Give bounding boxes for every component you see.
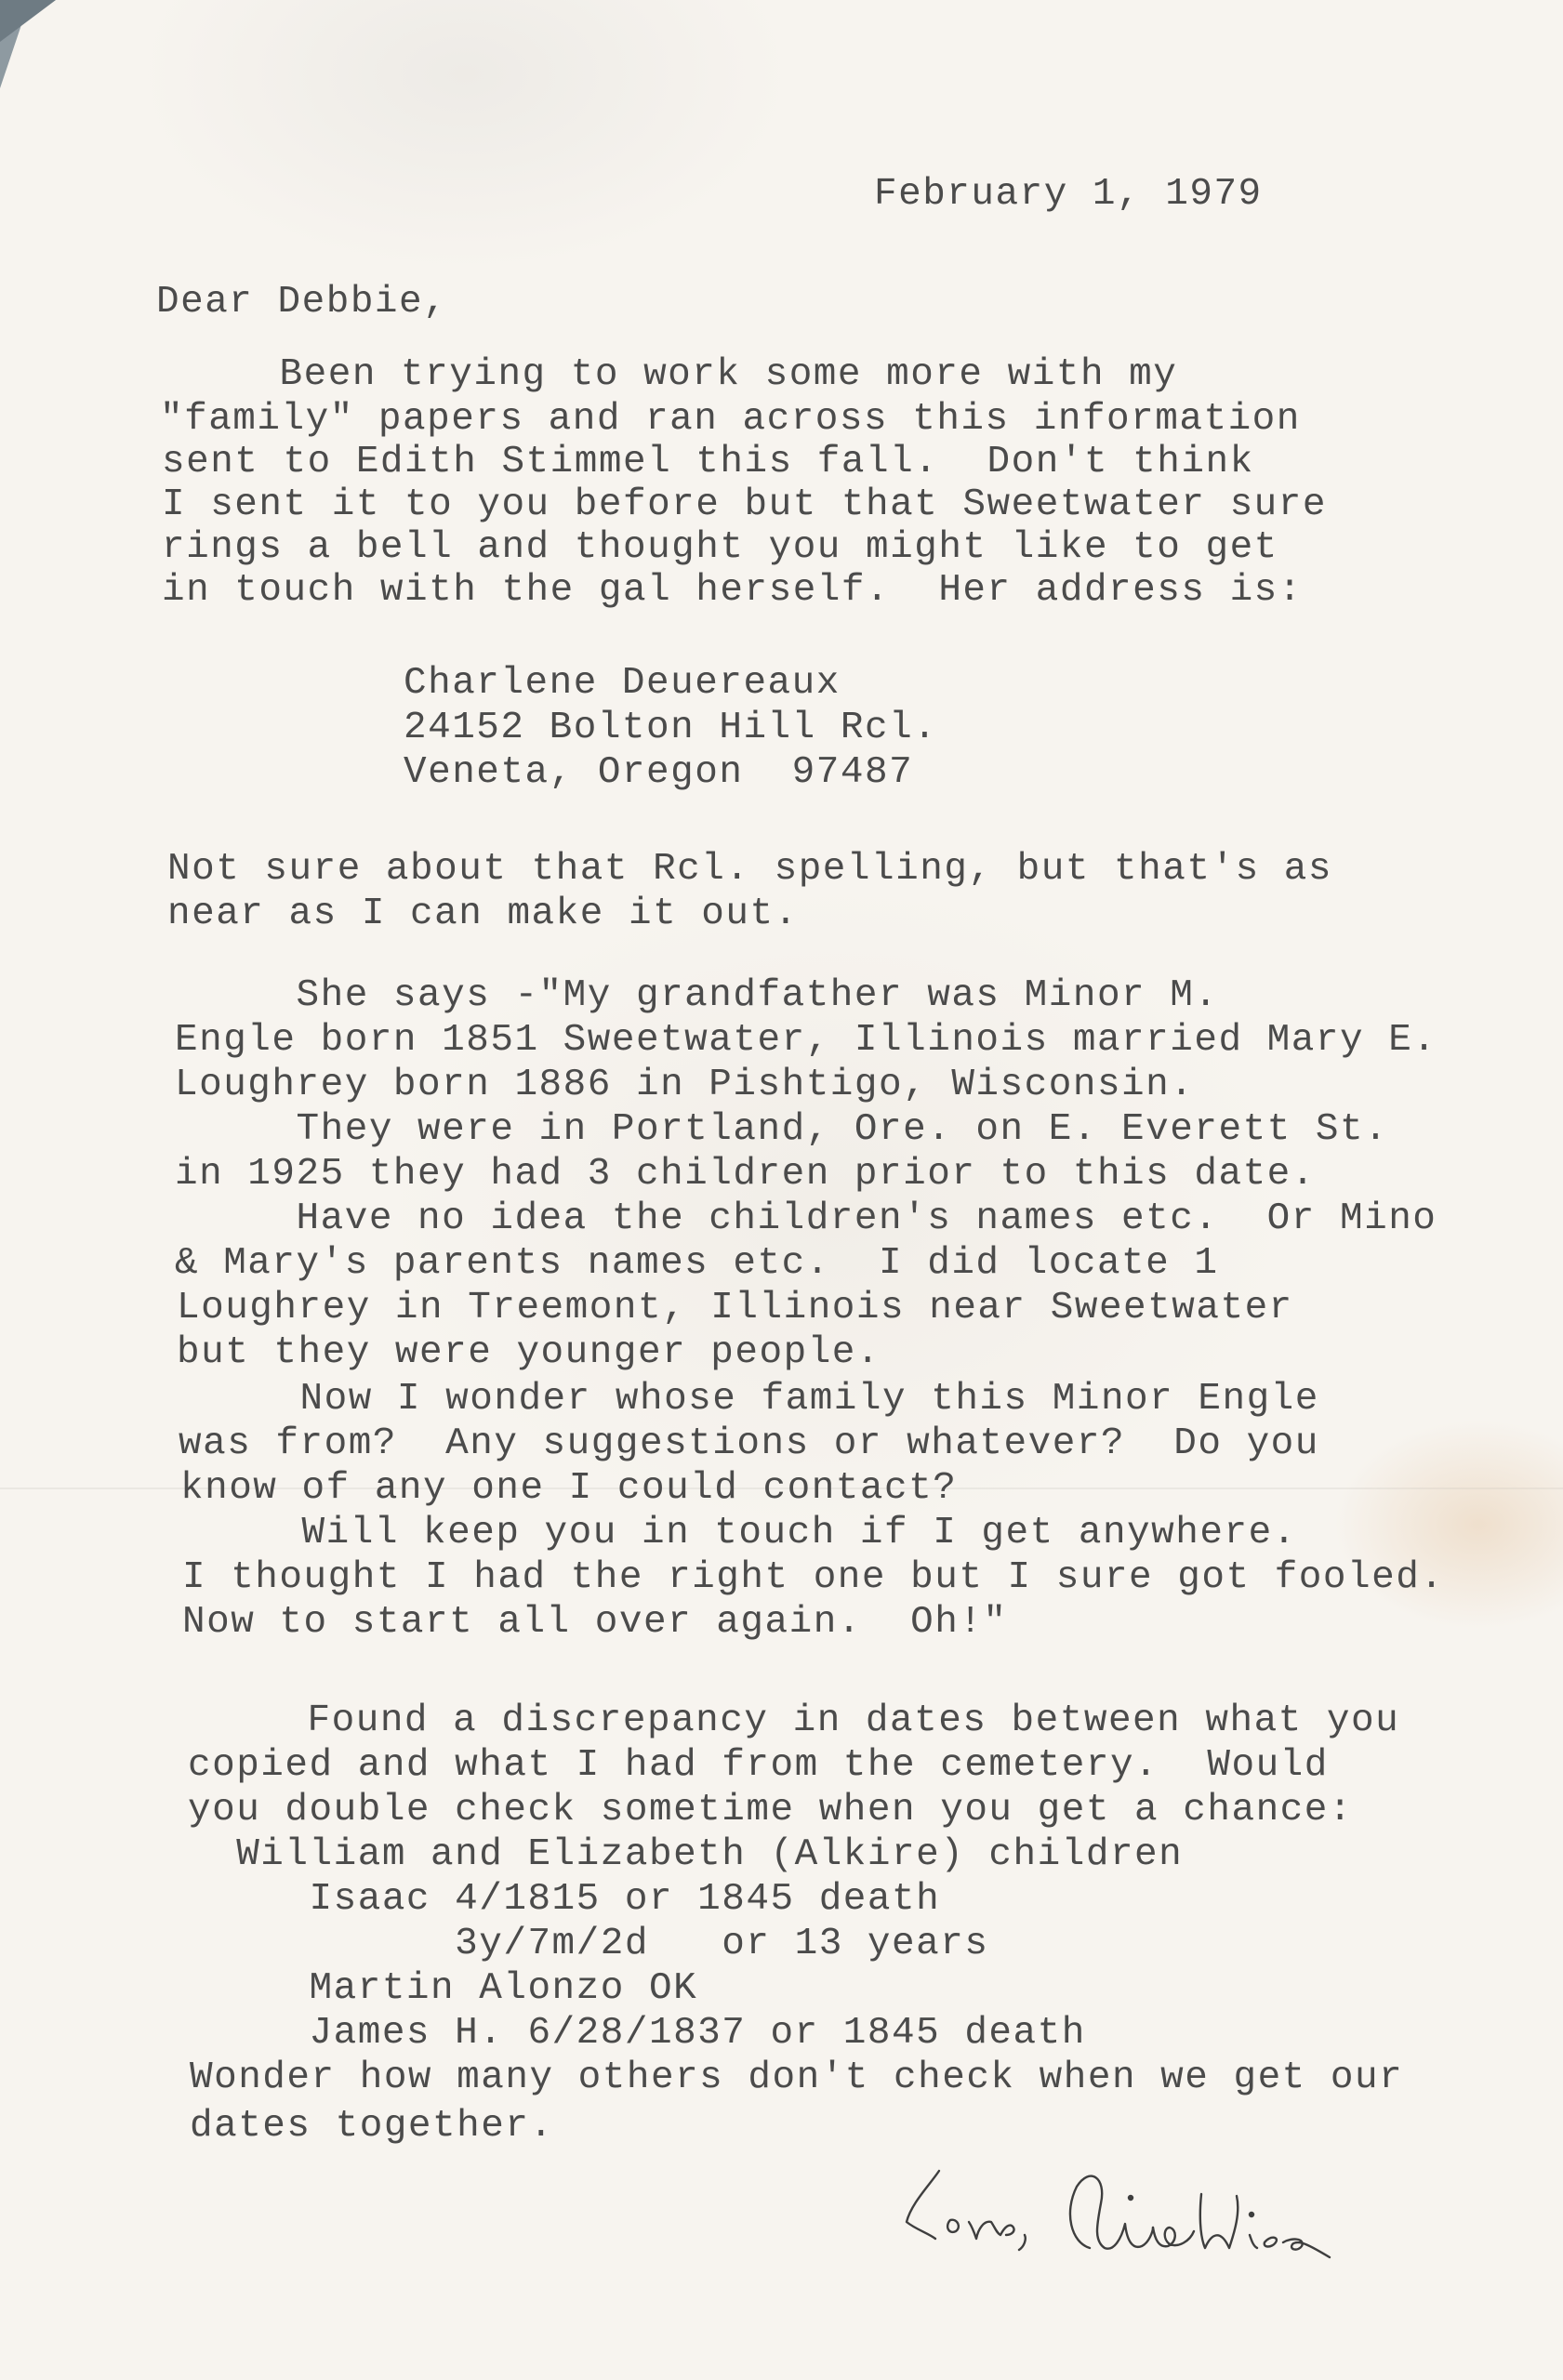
text-line: Engle born 1851 Sweetwater, Illinois mar… bbox=[175, 1019, 1437, 1062]
text-line: Will keep you in touch if I get anywhere… bbox=[180, 1512, 1297, 1554]
address-street: 24152 Bolton Hill Rcl. bbox=[404, 707, 937, 749]
text-line: I sent it to you before but that Sweetwa… bbox=[162, 483, 1327, 526]
text-line: was from? Any suggestions or whatever? D… bbox=[179, 1422, 1319, 1465]
text-line: copied and what I had from the cemetery.… bbox=[188, 1744, 1329, 1787]
signature-icon bbox=[874, 2138, 1562, 2278]
salutation: Dear Debbie, bbox=[156, 281, 447, 324]
handwritten-signature bbox=[874, 2138, 1562, 2278]
text-line: Loughrey in Treemont, Illinois near Swee… bbox=[177, 1287, 1293, 1329]
text-line: Found a discrepancy in dates between wha… bbox=[186, 1699, 1399, 1742]
text-line: near as I can make it out. bbox=[167, 892, 799, 935]
text-line: Now to start all over again. Oh!" bbox=[182, 1601, 1008, 1644]
text-line: Loughrey born 1886 in Pishtigo, Wisconsi… bbox=[175, 1064, 1194, 1106]
text-line: sent to Edith Stimmel this fall. Don't t… bbox=[162, 441, 1254, 483]
text-line: rings a bell and thought you might like … bbox=[162, 526, 1278, 569]
list-item: Isaac 4/1815 or 1845 death bbox=[188, 1878, 940, 1921]
text-line: you double check sometime when you get a… bbox=[188, 1789, 1353, 1831]
text-line: & Mary's parents names etc. I did locate… bbox=[175, 1242, 1218, 1285]
letter-page: February 1, 1979 Dear Debbie, Been tryin… bbox=[0, 0, 1563, 2380]
text-line: Have no idea the children's names etc. O… bbox=[175, 1197, 1437, 1240]
text-line: in 1925 they had 3 children prior to thi… bbox=[175, 1153, 1316, 1196]
list-item: James H. 6/28/1837 or 1845 death bbox=[188, 2012, 1086, 2055]
text-line: but they were younger people. bbox=[177, 1331, 881, 1374]
letter-date: February 1, 1979 bbox=[874, 173, 1263, 216]
text-line: in touch with the gal herself. Her addre… bbox=[162, 569, 1303, 612]
address-name: Charlene Deuereaux bbox=[404, 662, 841, 705]
text-line: "family" papers and ran across this info… bbox=[160, 398, 1301, 441]
folded-corner-shadow bbox=[0, 0, 56, 42]
text-line: Now I wonder whose family this Minor Eng… bbox=[179, 1378, 1319, 1421]
text-line: dates together. bbox=[190, 2105, 554, 2148]
address-city: Veneta, Oregon 97487 bbox=[404, 751, 913, 794]
text-line: Wonder how many others don't check when … bbox=[190, 2056, 1403, 2099]
list-item: Martin Alonzo OK bbox=[188, 1967, 697, 2010]
list-heading: William and Elizabeth (Alkire) children bbox=[188, 1833, 1183, 1876]
list-item: 3y/7m/2d or 13 years bbox=[188, 1923, 988, 1965]
text-line: know of any one I could contact? bbox=[180, 1467, 957, 1510]
text-line: I thought I had the right one but I sure… bbox=[182, 1556, 1444, 1599]
text-line: Been trying to work some more with my bbox=[158, 353, 1177, 396]
text-line: She says -"My grandfather was Minor M. bbox=[175, 974, 1218, 1017]
text-line: They were in Portland, Ore. on E. Everet… bbox=[175, 1108, 1388, 1151]
text-line: Not sure about that Rcl. spelling, but t… bbox=[167, 848, 1332, 891]
